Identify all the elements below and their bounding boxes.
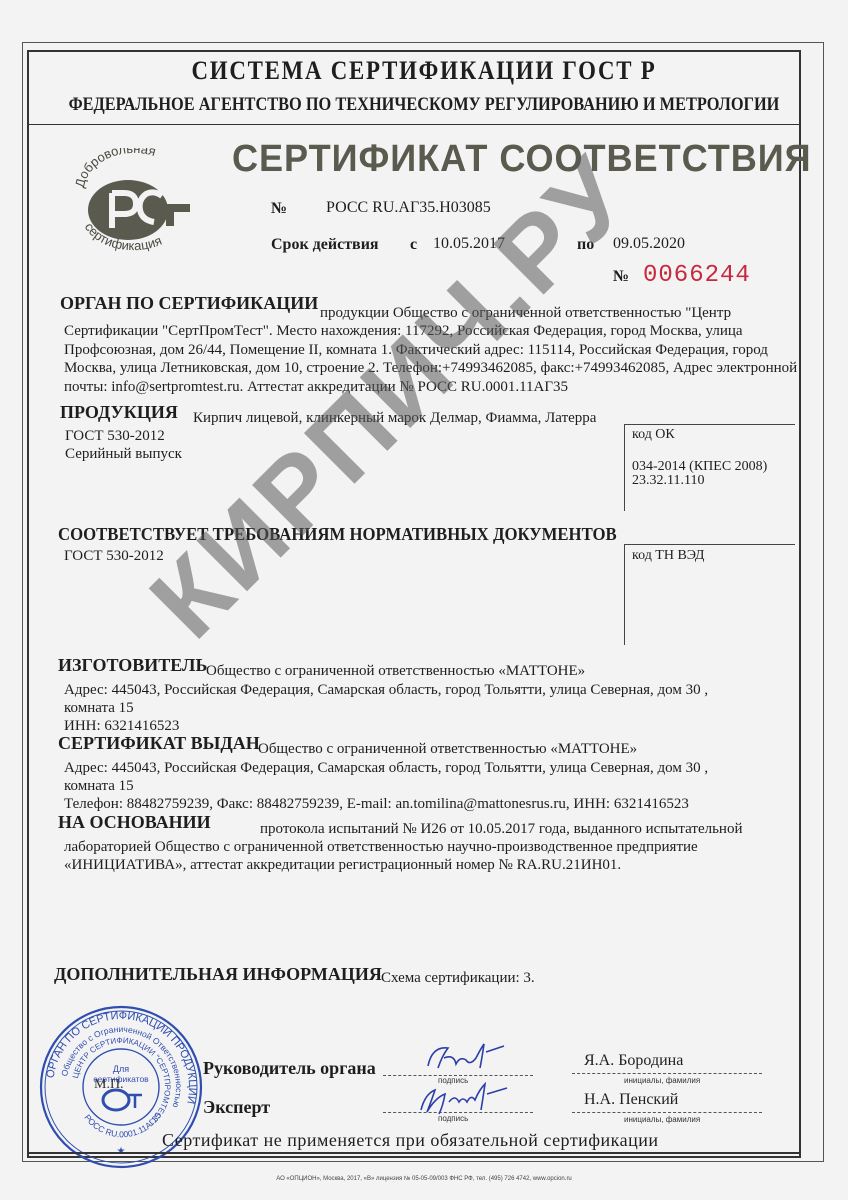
basis-first-line: протокола испытаний № И26 от 10.05.2017 … bbox=[260, 821, 743, 838]
certificate-title: СЕРТИФИКАТ СООТВЕТСТВИЯ bbox=[232, 138, 812, 181]
form-number-label: № bbox=[613, 268, 629, 286]
certification-body-label: ОРГАН ПО СЕРТИФИКАЦИИ bbox=[60, 293, 318, 314]
additional-info-text: Схема сертификации: 3. bbox=[381, 970, 535, 987]
head-name: Я.А. Бородина bbox=[584, 1052, 683, 1070]
rst-logo-icon: Добровольная сертификация bbox=[62, 148, 202, 258]
footer-divider bbox=[27, 1152, 801, 1154]
manufacturer-address-line1: Адрес: 445043, Российская Федерация, Сам… bbox=[64, 682, 708, 699]
manufacturer-label: ИЗГОТОВИТЕЛЬ bbox=[58, 655, 207, 676]
validity-label: Срок действия bbox=[271, 236, 379, 254]
issued-to-address-line2: комната 15 bbox=[64, 778, 134, 795]
expert-signature-caption: подпись bbox=[438, 1114, 468, 1123]
system-title: СИСТЕМА СЕРТИФИКАЦИИ ГОСТ Р bbox=[51, 56, 797, 86]
issued-to-label: СЕРТИФИКАТ ВЫДАН bbox=[58, 733, 260, 754]
voluntary-certification-logo: Добровольная сертификация bbox=[62, 148, 202, 258]
issued-to-address-line1: Адрес: 445043, Российская Федерация, Сам… bbox=[64, 760, 708, 777]
svg-text:М.П.: М.П. bbox=[94, 1077, 124, 1092]
svg-text:Для: Для bbox=[113, 1064, 129, 1074]
ok-code-box: код ОК 034-2014 (КПЕС 2008) 23.32.11.110 bbox=[624, 424, 795, 511]
head-of-body-label: Руководитель органа bbox=[203, 1058, 376, 1079]
product-standard: ГОСТ 530-2012 bbox=[65, 428, 165, 445]
head-name-line bbox=[572, 1073, 762, 1074]
validity-from-label: с bbox=[410, 236, 417, 254]
expert-name: Н.А. Пенский bbox=[584, 1091, 678, 1109]
issued-to-contacts: Телефон: 88482759239, Факс: 88482759239,… bbox=[64, 796, 689, 813]
issued-to-name: Общество с ограниченной ответственностью… bbox=[258, 741, 637, 758]
form-number: 0066244 bbox=[643, 262, 751, 289]
printer-imprint: АО «ОПЦИОН», Москва, 2017, «В» лицензия … bbox=[0, 1176, 848, 1182]
manufacturer-name: Общество с ограниченной ответственностью… bbox=[206, 663, 585, 680]
tn-ved-label: код ТН ВЭД bbox=[632, 548, 704, 564]
voluntary-note: Сертификат не применяется при обязательн… bbox=[162, 1130, 658, 1151]
expert-signature-icon bbox=[415, 1080, 515, 1118]
basis-label: НА ОСНОВАНИИ bbox=[58, 812, 211, 833]
expert-name-line bbox=[572, 1112, 762, 1113]
tn-ved-code-box: код ТН ВЭД bbox=[624, 544, 795, 645]
ok-code-values: 034-2014 (КПЕС 2008) 23.32.11.110 bbox=[632, 460, 767, 488]
ok-code-label: код ОК bbox=[632, 427, 675, 443]
product-label: ПРОДУКЦИЯ bbox=[60, 402, 178, 423]
number-label: № bbox=[271, 200, 287, 218]
header-divider bbox=[27, 124, 801, 125]
basis-line-2: лабораторией Общество с ограниченной отв… bbox=[64, 839, 698, 856]
production-type: Серийный выпуск bbox=[65, 446, 182, 463]
expert-label: Эксперт bbox=[203, 1097, 270, 1118]
expert-name-caption: инициалы, фамилия bbox=[624, 1115, 700, 1124]
additional-info-label: ДОПОЛНИТЕЛЬНАЯ ИНФОРМАЦИЯ bbox=[54, 964, 382, 985]
basis-line-3: «ИНИЦИАТИВА», аттестат аккредитации реги… bbox=[64, 857, 621, 874]
agency-title: ФЕДЕРАЛЬНОЕ АГЕНТСТВО ПО ТЕХНИЧЕСКОМУ РЕ… bbox=[59, 94, 788, 116]
head-name-caption: инициалы, фамилия bbox=[624, 1076, 700, 1085]
manufacturer-address-line2: комната 15 bbox=[64, 700, 134, 717]
head-signature-icon bbox=[420, 1038, 510, 1078]
certificate-number: РОСС RU.АГ35.Н03085 bbox=[326, 199, 491, 217]
